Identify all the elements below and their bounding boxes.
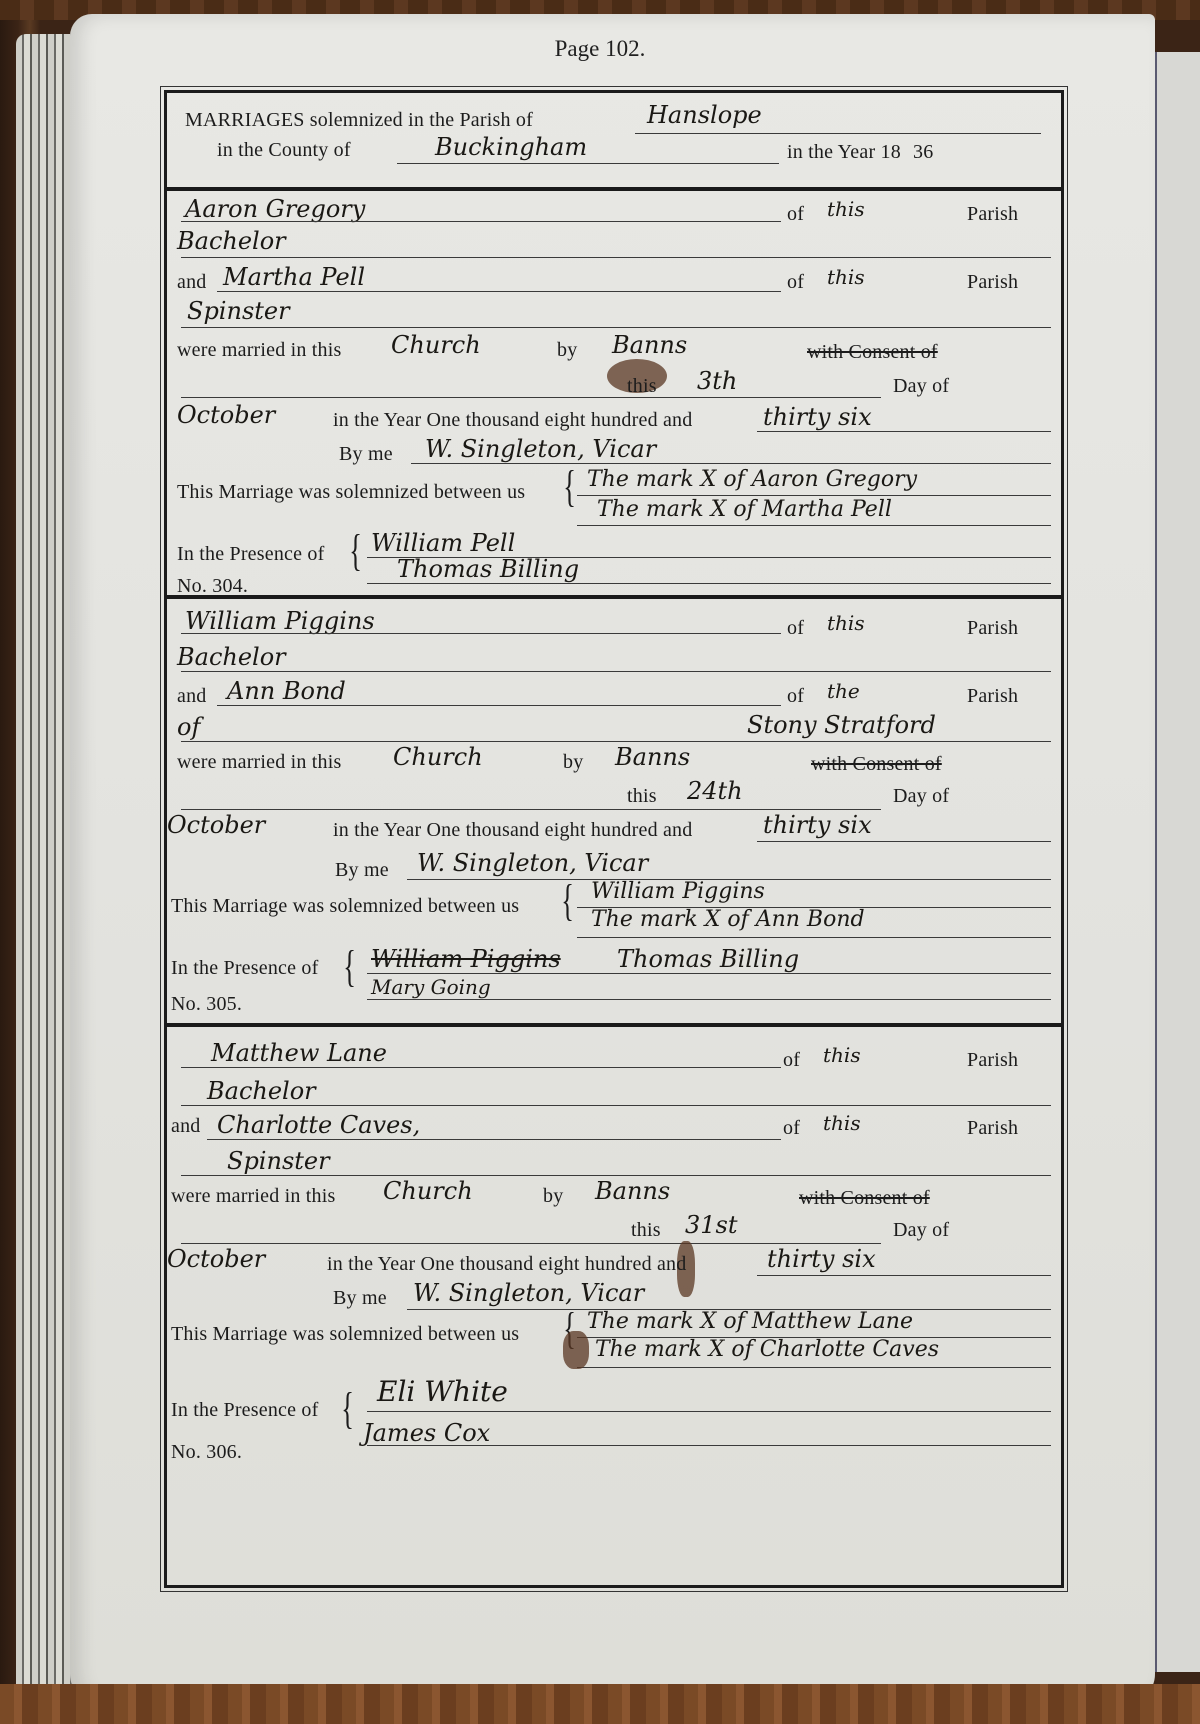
presence-of-label: In the Presence of xyxy=(177,543,324,566)
witness-2-signature: Thomas Billing xyxy=(397,555,579,583)
brace: { xyxy=(563,461,576,512)
parish-label: Parish xyxy=(967,617,1018,640)
bride-parish: this xyxy=(827,265,865,289)
rule xyxy=(207,1139,781,1140)
marriage-day: 31st xyxy=(685,1211,738,1239)
witness-2-signature: Mary Going xyxy=(371,975,491,999)
officiant-signature: W. Singleton, Vicar xyxy=(413,1279,644,1307)
rule xyxy=(181,257,1051,258)
rule xyxy=(367,1445,1051,1446)
rule xyxy=(181,1067,781,1068)
parish-label: Parish xyxy=(967,685,1018,708)
parish-label: Parish xyxy=(967,1049,1018,1072)
year-label: in the Year 18 xyxy=(787,141,901,164)
witness-1-signature: Eli White xyxy=(377,1375,508,1408)
entry-divider xyxy=(167,1023,1061,1027)
brace: { xyxy=(561,875,574,926)
marriage-place: Church xyxy=(393,743,483,771)
facing-page-edge xyxy=(1155,52,1200,1672)
party-1-signature: William Piggins xyxy=(591,879,765,904)
entry-divider xyxy=(167,595,1061,599)
marriage-year-words: thirty six xyxy=(763,403,872,431)
rule xyxy=(577,525,1051,526)
rule xyxy=(181,397,881,398)
header-line2-label: in the County of xyxy=(217,139,351,162)
marriage-entry-305: William Piggins of this Parish Bachelor … xyxy=(167,603,1061,1023)
rule xyxy=(757,1275,1051,1276)
parish-name: Hanslope xyxy=(647,101,762,129)
rule xyxy=(577,1367,1051,1368)
marriage-month: October xyxy=(167,1245,265,1273)
marriage-method: Banns xyxy=(615,743,690,771)
header-line1-label: MARRIAGES solemnized in the Parish of xyxy=(185,109,533,132)
rule xyxy=(367,583,1051,584)
officiant-signature: W. Singleton, Vicar xyxy=(417,849,648,877)
entry-number: No. 305. xyxy=(171,993,242,1016)
rule xyxy=(181,1243,881,1244)
with-consent-label: with Consent of xyxy=(799,1187,930,1210)
by-label: by xyxy=(557,339,577,362)
party-1-signature: The mark X of Aaron Gregory xyxy=(587,467,917,492)
this-label: this xyxy=(627,785,657,808)
solemnized-between-label: This Marriage was solemnized between us xyxy=(177,481,525,504)
groom-status: Bachelor xyxy=(177,643,286,671)
groom-name: William Piggins xyxy=(185,607,375,635)
rule xyxy=(577,907,1051,908)
brace: { xyxy=(341,1383,354,1434)
presence-of-label: In the Presence of xyxy=(171,1399,318,1422)
marriage-day: 3th xyxy=(697,367,737,395)
groom-name: Matthew Lane xyxy=(211,1039,387,1067)
day-of-label: Day of xyxy=(893,375,949,398)
bride-name: Martha Pell xyxy=(223,263,365,291)
register-header: MARRIAGES solemnized in the Parish of Ha… xyxy=(185,103,1051,187)
groom-parish: this xyxy=(827,611,865,635)
rule xyxy=(577,937,1051,938)
bride-parish: this xyxy=(823,1111,861,1135)
marriage-method: Banns xyxy=(612,331,687,359)
groom-name: Aaron Gregory xyxy=(185,195,365,223)
by-label: by xyxy=(543,1185,563,1208)
brace: { xyxy=(343,941,356,992)
rule xyxy=(181,671,1051,672)
of-label: of xyxy=(787,203,804,226)
were-married-label: were married in this xyxy=(177,339,342,362)
register-form: MARRIAGES solemnized in the Parish of Ha… xyxy=(164,90,1064,1588)
by-label: by xyxy=(563,751,583,774)
party-2-signature: The mark X of Martha Pell xyxy=(597,497,892,522)
rule xyxy=(577,495,1051,496)
presence-of-label: In the Presence of xyxy=(171,957,318,980)
marriage-month: October xyxy=(177,401,275,429)
groom-parish: this xyxy=(827,197,865,221)
rule xyxy=(217,705,781,706)
rule xyxy=(217,291,781,292)
witness-2-signature: James Cox xyxy=(363,1419,490,1447)
rule xyxy=(181,221,781,222)
brace: { xyxy=(349,525,362,576)
parish-rule xyxy=(635,133,1041,134)
rule xyxy=(367,973,1051,974)
rule xyxy=(367,1411,1051,1412)
marriage-entry-306: Matthew Lane of this Parish Bachelor and… xyxy=(167,1031,1061,1501)
bride-status: Spinster xyxy=(227,1147,330,1175)
rule xyxy=(577,1337,1051,1338)
were-married-label: were married in this xyxy=(177,751,342,774)
of-label: of xyxy=(787,685,804,708)
party-2-signature: The mark X of Charlotte Caves xyxy=(595,1337,939,1362)
bride-place: Stony Stratford xyxy=(747,711,936,739)
this-label: this xyxy=(631,1219,661,1242)
groom-status: Bachelor xyxy=(177,227,286,255)
were-married-label: were married in this xyxy=(171,1185,336,1208)
party-1-signature: The mark X of Matthew Lane xyxy=(587,1309,913,1334)
bride-status: Spinster xyxy=(187,297,290,325)
groom-status: Bachelor xyxy=(207,1077,316,1105)
of-label: of xyxy=(783,1117,800,1140)
witness-1-signature: William Pell xyxy=(371,529,515,557)
rule xyxy=(757,841,1051,842)
day-of-label: Day of xyxy=(893,785,949,808)
marriage-year-words: thirty six xyxy=(767,1245,876,1273)
bride-status: of xyxy=(177,713,200,741)
page-number: Page 102. xyxy=(0,36,1200,62)
rule xyxy=(367,999,1051,1000)
parish-label: Parish xyxy=(967,271,1018,294)
marriage-place: Church xyxy=(391,331,481,359)
rule xyxy=(181,1105,1051,1106)
marriage-place: Church xyxy=(383,1177,473,1205)
ink-stain xyxy=(563,1331,589,1369)
year-suffix: 36 xyxy=(913,141,933,164)
entry-number: No. 306. xyxy=(171,1441,242,1464)
rule xyxy=(411,463,1051,464)
marriage-day: 24th xyxy=(687,777,743,805)
solemnized-between-label: This Marriage was solemnized between us xyxy=(171,895,519,918)
rule xyxy=(181,327,1051,328)
rule xyxy=(181,741,1051,742)
and-label: and xyxy=(177,271,206,294)
marriage-month: October xyxy=(167,811,265,839)
county-name: Buckingham xyxy=(435,133,587,161)
this-label: this xyxy=(627,375,657,398)
wood-surface-bottom xyxy=(0,1684,1200,1724)
by-me-label: By me xyxy=(335,859,389,882)
of-label: of xyxy=(783,1049,800,1072)
rule xyxy=(181,1175,1051,1176)
groom-parish: this xyxy=(823,1043,861,1067)
with-consent-label: with Consent of xyxy=(807,341,938,364)
by-me-label: By me xyxy=(333,1287,387,1310)
solemnized-between-label: This Marriage was solemnized between us xyxy=(171,1323,519,1346)
parish-label: Parish xyxy=(967,203,1018,226)
struck-witness-signature: William Piggins xyxy=(371,945,561,973)
bride-name: Ann Bond xyxy=(227,677,346,705)
in-the-year-label: in the Year One thousand eight hundred a… xyxy=(327,1253,686,1276)
and-label: and xyxy=(177,685,206,708)
of-label: of xyxy=(787,271,804,294)
marriage-method: Banns xyxy=(595,1177,670,1205)
marriage-year-words: thirty six xyxy=(763,811,872,839)
county-rule xyxy=(397,163,779,164)
bride-parish: the xyxy=(827,679,860,703)
bride-name: Charlotte Caves, xyxy=(217,1111,420,1139)
with-consent-label: with Consent of xyxy=(811,753,942,776)
officiant-signature: W. Singleton, Vicar xyxy=(425,435,656,463)
of-label: of xyxy=(787,617,804,640)
marriage-entry-304: Aaron Gregory of this Parish Bachelor an… xyxy=(167,191,1061,595)
parish-label: Parish xyxy=(967,1117,1018,1140)
in-the-year-label: in the Year One thousand eight hundred a… xyxy=(333,409,692,432)
rule xyxy=(181,809,881,810)
rule xyxy=(757,431,1051,432)
witness-1-signature: Thomas Billing xyxy=(617,945,799,973)
in-the-year-label: in the Year One thousand eight hundred a… xyxy=(333,819,692,842)
day-of-label: Day of xyxy=(893,1219,949,1242)
and-label: and xyxy=(171,1115,200,1138)
rule xyxy=(181,633,781,634)
by-me-label: By me xyxy=(339,443,393,466)
party-2-signature: The mark X of Ann Bond xyxy=(591,907,865,932)
